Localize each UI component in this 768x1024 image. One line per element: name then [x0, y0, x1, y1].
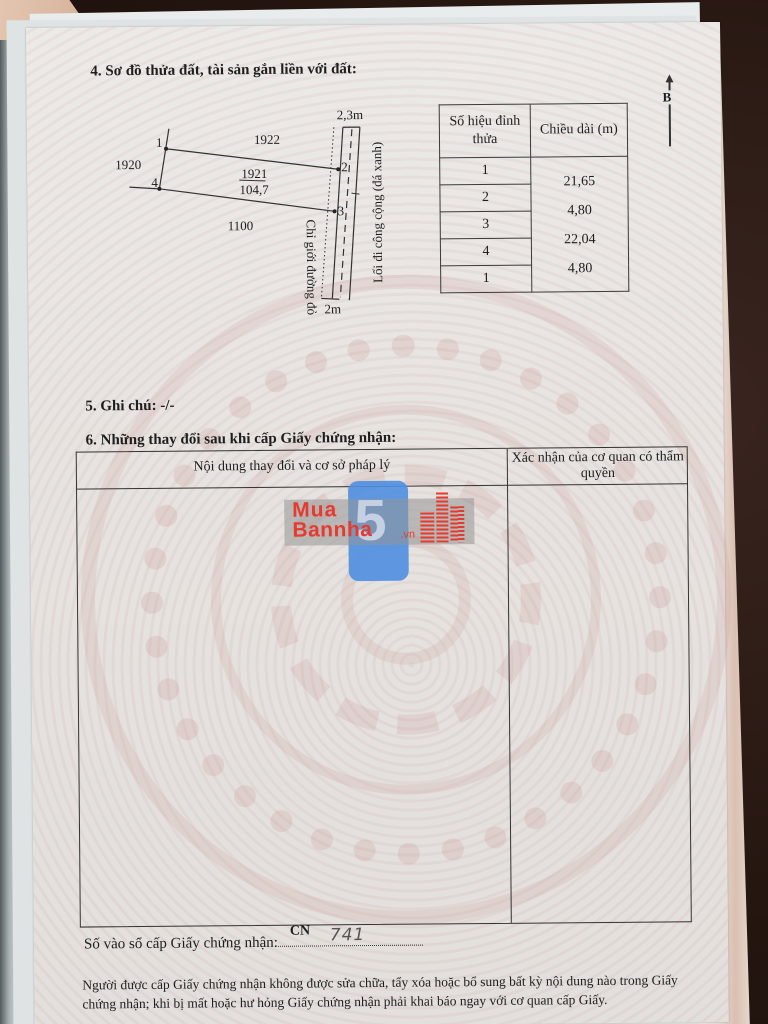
registration-label: Số vào sổ cấp Giấy chứng nhận: — [84, 935, 278, 953]
vertex-cell: 2 — [440, 184, 531, 212]
parcel-number: 1921 — [241, 166, 267, 182]
registration-line: Số vào sổ cấp Giấy chứng nhận:CN741 — [84, 931, 423, 954]
changes-header-confirmation: Xác nhận của cơ quan có thẩm quyền — [509, 449, 687, 483]
vertex-length-table: Số hiệu đỉnh thửa Chiều dài (m) 1 21,65 … — [439, 103, 630, 294]
road-width-bottom: 2m — [324, 301, 341, 317]
vertex-3-label: 3 — [338, 203, 345, 219]
vertex-1-label: 1 — [156, 135, 163, 151]
neighbor-parcel-north: 1922 — [254, 132, 280, 148]
building-icon — [436, 492, 448, 542]
footer-note: Người được cấp Giấy chứng nhận không đượ… — [82, 970, 712, 1013]
north-arrow-label: B — [663, 90, 672, 104]
parcel-area: 104,7 — [239, 182, 268, 198]
public-path-label: Lối đi công cộng (đá xanh) — [369, 142, 386, 283]
watermark-logo: 5 Mua Bannha .vn — [284, 484, 475, 586]
vertex-header: Số hiệu đỉnh thửa — [439, 104, 530, 158]
length-value: 21,65 — [532, 167, 626, 197]
lengths-cell: 21,65 4,80 22,04 4,80 — [531, 156, 629, 292]
registration-field: CN741 — [278, 931, 423, 947]
vertex-cell: 4 — [440, 238, 531, 266]
building-icon — [420, 512, 434, 542]
vertex-4-label: 4 — [151, 175, 158, 191]
section-5-notes: 5. Ghi chú: -/- — [85, 398, 174, 416]
neighbor-parcel-south: 1100 — [228, 218, 254, 234]
parcel-sketch: 1 2 3 4 1922 1920 1100 1921 104,7 2,3m 2… — [91, 97, 393, 340]
vertex-2-label: 2 — [341, 159, 348, 175]
vertex-cell: 3 — [440, 211, 531, 239]
logo-text-bannha: Bannha — [292, 519, 372, 542]
neighbor-parcel-west: 1920 — [115, 157, 141, 173]
certificate-page: 4. Sơ đồ thửa đất, tài sản gắn liền với … — [26, 22, 729, 1024]
registration-number: 741 — [330, 925, 366, 945]
length-header: Chiều dài (m) — [530, 103, 627, 157]
north-arrow-icon: B — [662, 74, 677, 146]
length-value: 4,80 — [532, 196, 626, 226]
changes-header-content: Nội dung thay đổi và cơ sở pháp lý — [77, 457, 507, 477]
section-6-title: 6. Những thay đổi sau khi cấp Giấy chứng… — [86, 430, 397, 450]
road-width-top: 2,3m — [337, 107, 364, 123]
red-line-label: Chỉ giới đường đỏ — [303, 219, 320, 315]
registration-prefix: CN — [290, 924, 310, 940]
section-4-title: 4. Sơ đồ thửa đất, tài sản gắn liền với … — [90, 61, 357, 80]
logo-text-vn: .vn — [400, 529, 415, 541]
building-icon — [450, 506, 464, 542]
length-value: 22,04 — [533, 225, 627, 255]
vertex-cell: 1 — [441, 265, 532, 293]
length-value: 4,80 — [533, 254, 627, 284]
vertex-cell: 1 — [440, 157, 531, 185]
